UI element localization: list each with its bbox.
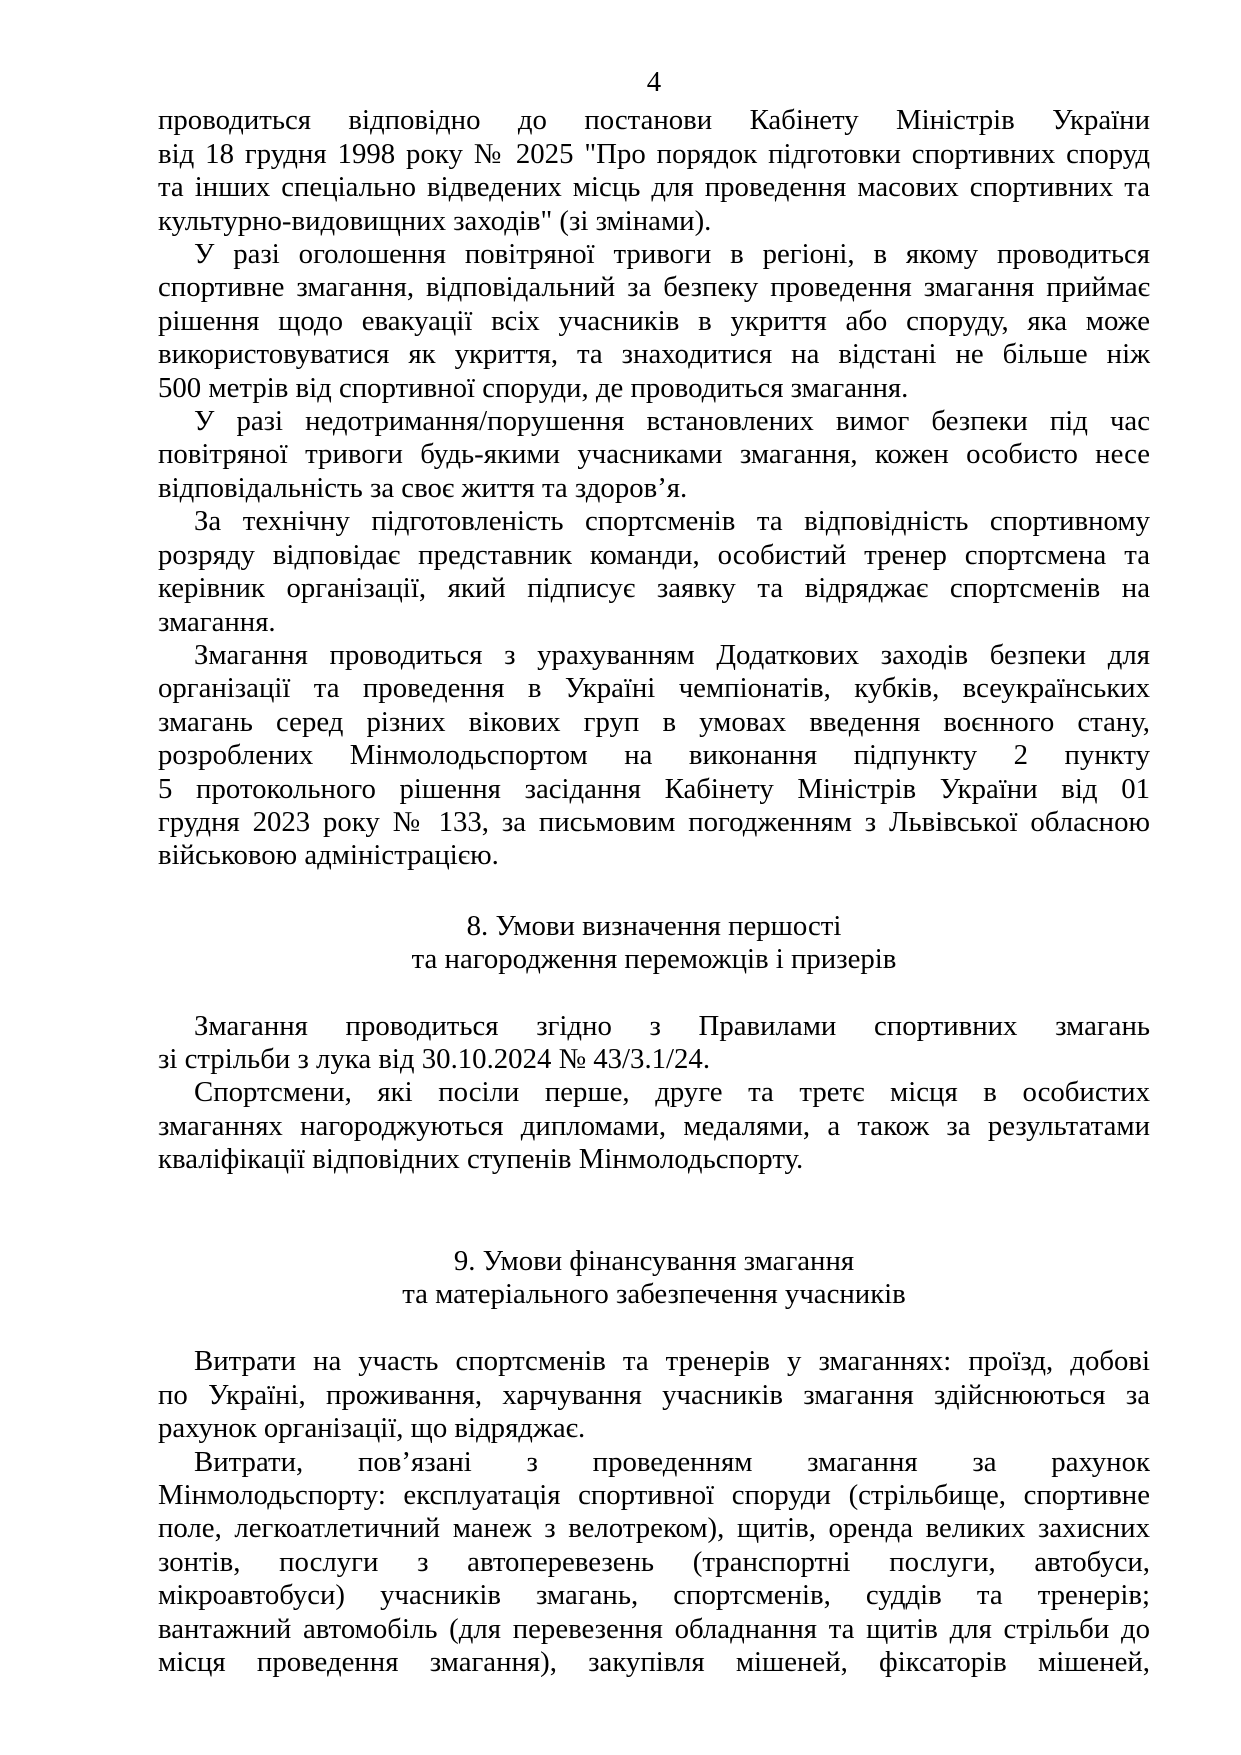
paragraph: проводиться відповідно до постанови Кабі… xyxy=(158,104,1150,238)
text-line: Спортсмени, які посіли перше, друге та т… xyxy=(158,1076,1150,1109)
paragraph: Змагання проводиться згідно з Правилами … xyxy=(158,1010,1150,1077)
text-line: рішення щодо евакуації всіх учасників в … xyxy=(158,305,1150,338)
paragraph: Витрати на участь спортсменів та тренері… xyxy=(158,1345,1150,1445)
heading-line: 8. Умови визначення першості xyxy=(158,910,1150,943)
text-line: військовою адміністрацією. xyxy=(158,839,1150,872)
text-line: місця проведення змагання), закупівля мі… xyxy=(158,1646,1150,1679)
text-line: 500 метрів від спортивної споруди, де пр… xyxy=(158,372,1150,405)
text-line: розроблених Мінмолодьспортом на виконанн… xyxy=(158,739,1150,772)
page-number: 4 xyxy=(158,66,1150,99)
paragraph: За технічну підготовленість спортсменів … xyxy=(158,505,1150,639)
text-line: зі стрільби з лука від 30.10.2024 № 43/3… xyxy=(158,1043,1150,1076)
text-line: культурно-видовищних заходів" (зі змінам… xyxy=(158,205,1150,238)
text-line: від 18 грудня 1998 року № 2025 "Про поря… xyxy=(158,138,1150,171)
paragraph: Змагання проводиться з урахуванням Додат… xyxy=(158,639,1150,873)
text-line: У разі недотримання/порушення встановлен… xyxy=(158,405,1150,438)
text-line: керівник організації, який підписує заяв… xyxy=(158,572,1150,605)
text-line: мікроавтобуси) учасників змагань, спортс… xyxy=(158,1579,1150,1612)
text-line: поле, легкоатлетичний манеж з велотреком… xyxy=(158,1512,1150,1545)
text-line: 5 протокольного рішення засідання Кабіне… xyxy=(158,773,1150,806)
paragraph: Спортсмени, які посіли перше, друге та т… xyxy=(158,1076,1150,1176)
text-line: За технічну підготовленість спортсменів … xyxy=(158,505,1150,538)
document-page: 4 проводиться відповідно до постанови Ка… xyxy=(0,0,1241,1755)
text-line: та інших спеціально відведених місць для… xyxy=(158,171,1150,204)
text-line: Мінмолодьспорту: експлуатація спортивної… xyxy=(158,1479,1150,1512)
text-line: змагань серед різних вікових груп в умов… xyxy=(158,706,1150,739)
text-line: зонтів, послуги з автоперевезень (трансп… xyxy=(158,1546,1150,1579)
text-line: розряду відповідає представник команди, … xyxy=(158,539,1150,572)
text-line: організації та проведення в Україні чемп… xyxy=(158,672,1150,705)
document-body: проводиться відповідно до постанови Кабі… xyxy=(158,104,1150,1679)
heading-9: 9. Умови фінансування змаганнята матеріа… xyxy=(158,1245,1150,1312)
text-line: відповідальність за своє життя та здоров… xyxy=(158,472,1150,505)
text-line: використовуватися як укриття, та знаходи… xyxy=(158,338,1150,371)
text-line: Змагання проводиться згідно з Правилами … xyxy=(158,1010,1150,1043)
text-line: У разі оголошення повітряної тривоги в р… xyxy=(158,238,1150,271)
paragraph: У разі оголошення повітряної тривоги в р… xyxy=(158,238,1150,405)
paragraph: Витрати, пов’язані з проведенням змаганн… xyxy=(158,1446,1150,1680)
text-line: повітряної тривоги будь-якими учасниками… xyxy=(158,438,1150,471)
text-line: по Україні, проживання, харчування учасн… xyxy=(158,1379,1150,1412)
heading-line: 9. Умови фінансування змагання xyxy=(158,1245,1150,1278)
heading-line: та нагородження переможців і призерів xyxy=(158,943,1150,976)
text-line: змаганнях нагороджуються дипломами, меда… xyxy=(158,1110,1150,1143)
text-line: кваліфікації відповідних ступенів Мінмол… xyxy=(158,1143,1150,1176)
text-line: проводиться відповідно до постанови Кабі… xyxy=(158,104,1150,137)
heading-8: 8. Умови визначення першостіта нагородже… xyxy=(158,910,1150,977)
text-line: Витрати на участь спортсменів та тренері… xyxy=(158,1345,1150,1378)
text-line: рахунок організації, що відряджає. xyxy=(158,1412,1150,1445)
paragraph: У разі недотримання/порушення встановлен… xyxy=(158,405,1150,505)
text-line: вантажний автомобіль (для перевезення об… xyxy=(158,1613,1150,1646)
heading-line: та матеріального забезпечення учасників xyxy=(158,1278,1150,1311)
text-line: Змагання проводиться з урахуванням Додат… xyxy=(158,639,1150,672)
text-line: змагання. xyxy=(158,606,1150,639)
text-line: Витрати, пов’язані з проведенням змаганн… xyxy=(158,1446,1150,1479)
text-line: спортивне змагання, відповідальний за бе… xyxy=(158,271,1150,304)
text-line: грудня 2023 року № 133, за письмовим пог… xyxy=(158,806,1150,839)
